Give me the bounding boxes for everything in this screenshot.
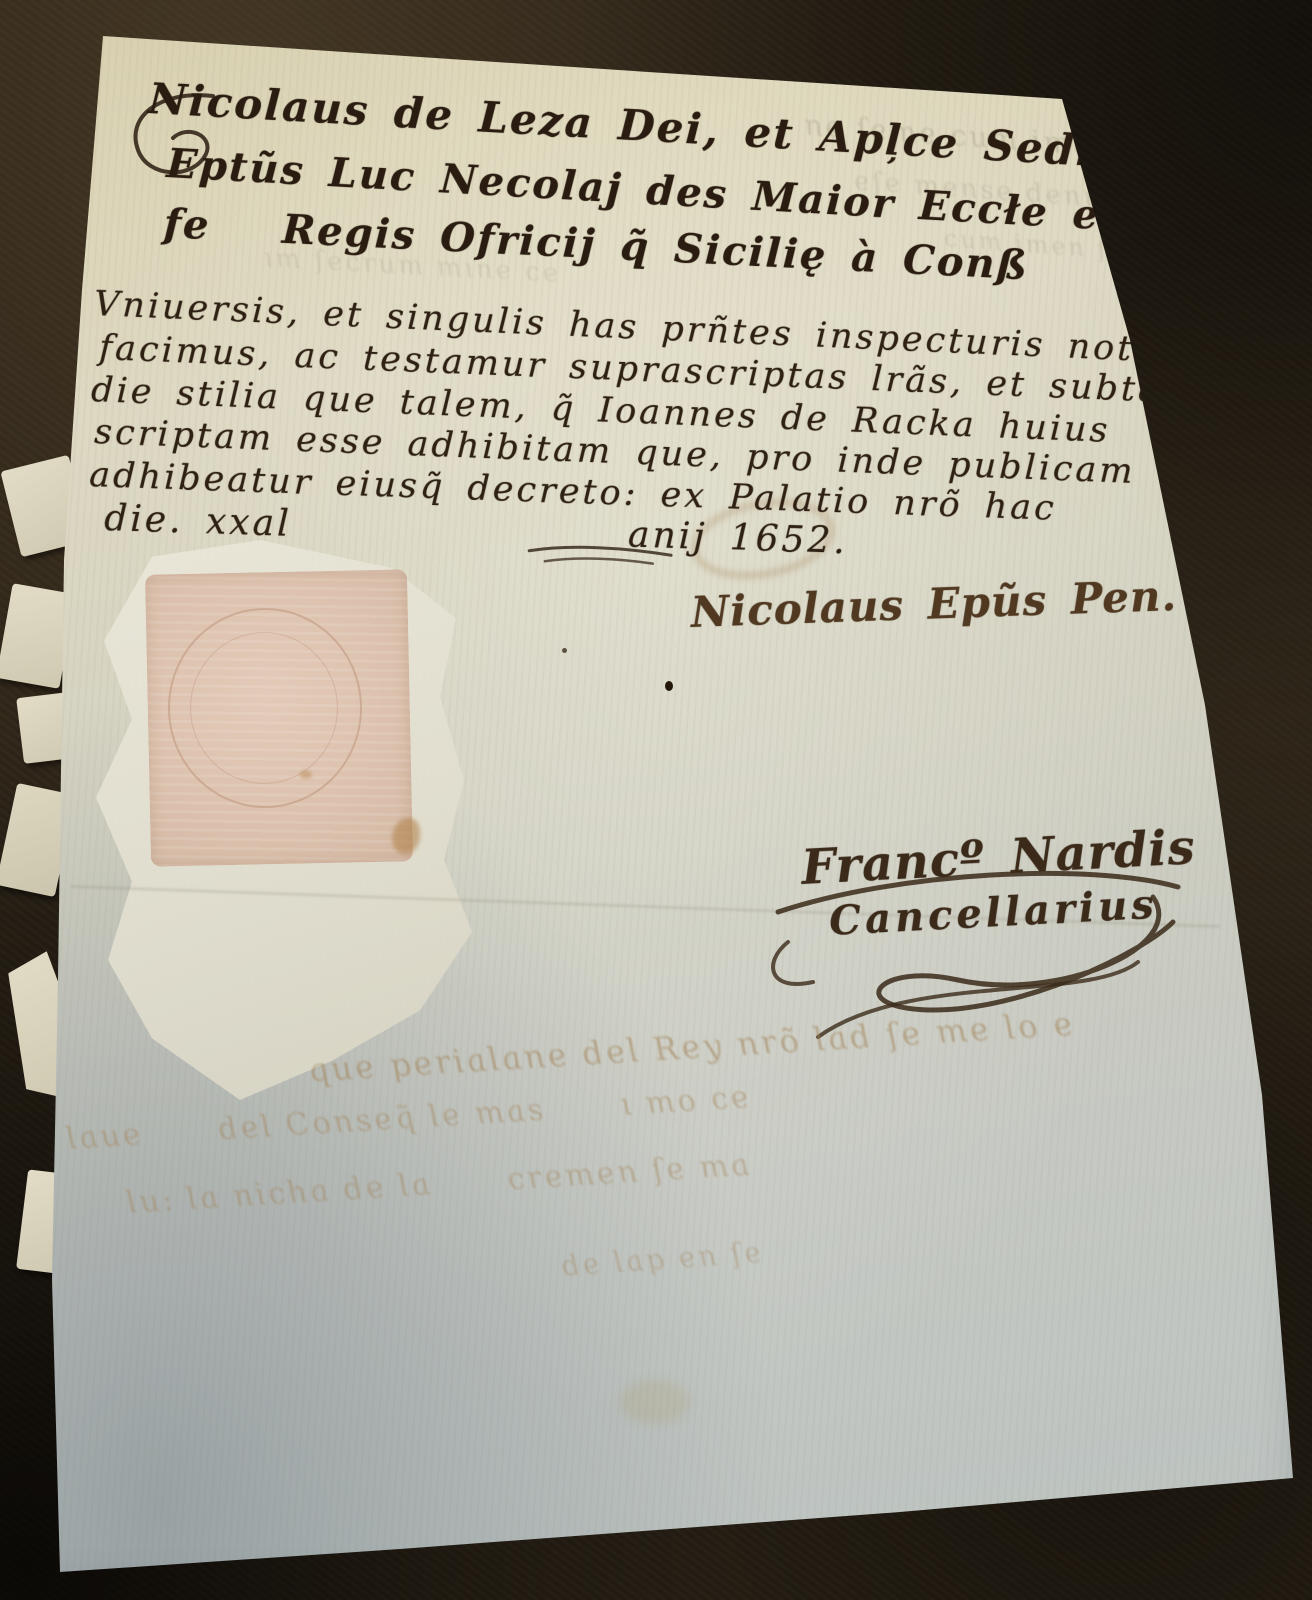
manuscript-page: ne ſeme cum ima eſe mense denuo ce cum i… [0, 0, 1312, 1600]
bishop-signature: Nicolaus Epũs Pen. p. m. [690, 566, 1312, 637]
photo-of-manuscript-on-table: ne ſeme cum ima eſe mense denuo ce cum i… [0, 0, 1312, 1600]
ink-speck [562, 648, 567, 653]
yellow-stain [620, 1380, 690, 1424]
seal-impression-ring-inner [190, 632, 338, 784]
show-through-line: laue del Conseq̃ le mas ı mo ce [60, 1080, 758, 1156]
initial-flourish [118, 88, 258, 208]
show-through-line: de lap en ſe [555, 1236, 770, 1282]
ink-speck [665, 681, 673, 691]
show-through-line: que perialane del Rey nrõ lad ſe me lo e [300, 1005, 1082, 1089]
show-through-line: lu: la nicha de la cremen ſe ma [120, 1148, 758, 1220]
rust-stain [300, 770, 312, 779]
date-underline-flourish [525, 543, 676, 572]
